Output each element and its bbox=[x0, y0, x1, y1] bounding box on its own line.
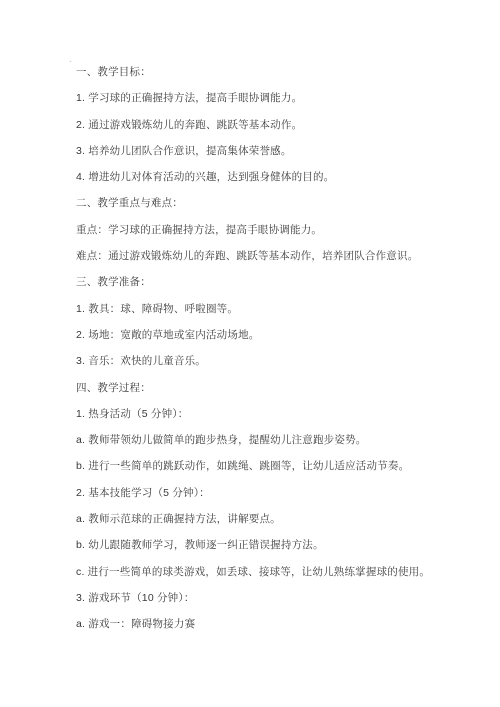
document-line: 3. 培养幼儿团队合作意识，提高集体荣誉感。 bbox=[76, 138, 470, 164]
document-line: c. 进行一些简单的球类游戏，如丢球、接球等，让幼儿熟练掌握球的使用。 bbox=[76, 559, 470, 585]
document-page: ˊ 一、教学目标：1. 学习球的正确握持方法，提高手眼协调能力。2. 通过游戏锻… bbox=[0, 0, 500, 707]
document-line: 1. 教具：球、障碍物、呼啦圈等。 bbox=[76, 296, 470, 322]
stray-tick-mark: ˊ bbox=[67, 61, 72, 71]
document-line: a. 游戏一：障碍物接力赛 bbox=[76, 611, 470, 637]
document-line: 四、教学过程： bbox=[76, 375, 470, 401]
document-line: a. 教师示范球的正确握持方法，讲解要点。 bbox=[76, 506, 470, 532]
document-line: 二、教学重点与难点： bbox=[76, 190, 470, 216]
document-line: 难点：通过游戏锻炼幼儿的奔跑、跳跃等基本动作，培养团队合作意识。 bbox=[76, 243, 470, 269]
document-line: 1. 学习球的正确握持方法，提高手眼协调能力。 bbox=[76, 85, 470, 111]
document-line: 2. 通过游戏锻炼幼儿的奔跑、跳跃等基本动作。 bbox=[76, 112, 470, 138]
document-line: a. 教师带领幼儿做简单的跑步热身，提醒幼儿注意跑步姿势。 bbox=[76, 427, 470, 453]
document-line: 三、教学准备： bbox=[76, 269, 470, 295]
document-line: 2. 基本技能学习（5 分钟）： bbox=[76, 480, 470, 506]
document-line: 重点：学习球的正确握持方法，提高手眼协调能力。 bbox=[76, 217, 470, 243]
document-body: 一、教学目标：1. 学习球的正确握持方法，提高手眼协调能力。2. 通过游戏锻炼幼… bbox=[76, 59, 470, 638]
document-line: 3. 音乐：欢快的儿童音乐。 bbox=[76, 348, 470, 374]
document-line: 一、教学目标： bbox=[76, 59, 470, 85]
document-line: 4. 增进幼儿对体育活动的兴趣，达到强身健体的目的。 bbox=[76, 164, 470, 190]
document-line: 2. 场地：宽敞的草地或室内活动场地。 bbox=[76, 322, 470, 348]
document-line: b. 进行一些简单的跳跃动作，如跳绳、跳圈等，让幼儿适应活动节奏。 bbox=[76, 453, 470, 479]
document-line: 1. 热身活动（5 分钟）： bbox=[76, 401, 470, 427]
document-line: 3. 游戏环节（10 分钟）： bbox=[76, 585, 470, 611]
document-line: b. 幼儿跟随教师学习，教师逐一纠正错误握持方法。 bbox=[76, 532, 470, 558]
